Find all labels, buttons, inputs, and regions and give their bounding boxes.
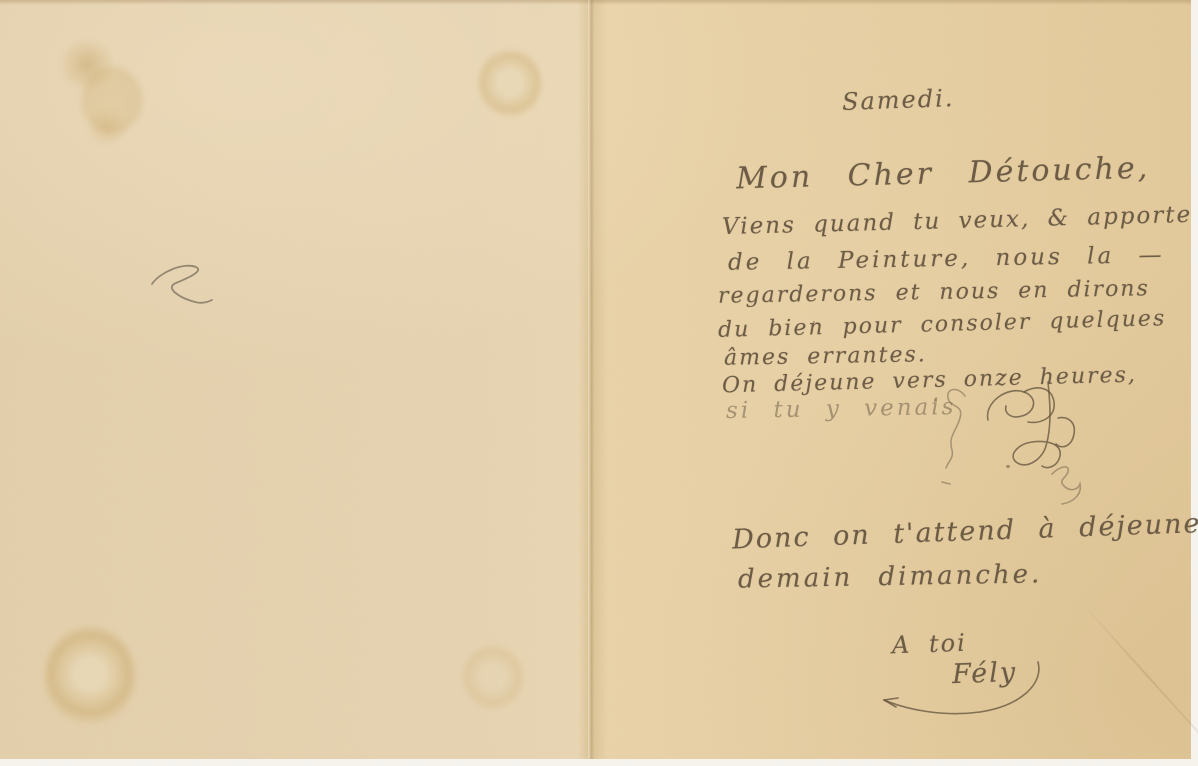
postscript-line: Donc on t'attend à déjeuner [732,508,1198,556]
corner-crease [1079,600,1198,750]
stain-top-center [478,48,542,118]
stain-bottom-left [44,626,136,726]
date-line: Samedi. [842,84,955,116]
postscript-line: demain dimanche. [738,559,1043,594]
body-line: de la Peinture, nous la — [728,242,1165,276]
stain-top-left [52,34,152,144]
paper-top-edge [0,0,1191,5]
fold-crease [588,0,594,759]
pencil-squiggle [140,250,230,320]
body-line: Viens quand tu veux, & apporte [722,202,1193,240]
salutation: Mon Cher Détouche, [736,151,1151,197]
stain-bottom-center [462,644,524,710]
body-line: regarderons et nous en dirons [718,276,1150,309]
scanned-letter: Samedi. Mon Cher Détouche, Viens quand t… [0,0,1198,766]
signature-underline-flourish [860,648,1060,728]
body-line: du bien pour consoler quelques [718,306,1167,343]
body-line: âmes errantes. [724,342,927,371]
letter-paper: Samedi. Mon Cher Détouche, Viens quand t… [0,0,1191,759]
signature-flourish [920,378,1100,508]
